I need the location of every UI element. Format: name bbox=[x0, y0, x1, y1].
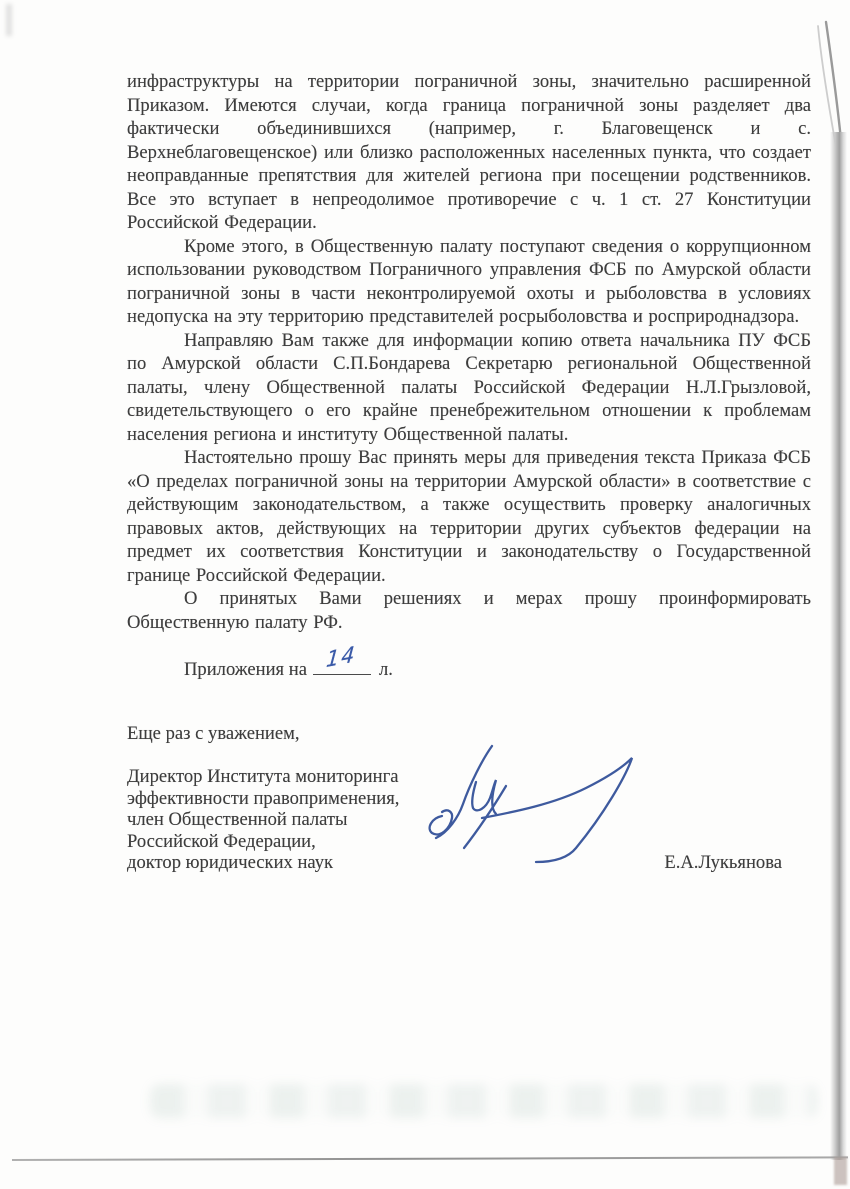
signer-name: Е.А.Лукьянова bbox=[664, 852, 782, 874]
page-bottom-edge bbox=[12, 1156, 848, 1161]
attachments-blank-underline: 14 bbox=[313, 654, 371, 675]
paragraph: Кроме этого, в Общественную палату посту… bbox=[127, 235, 811, 329]
signer-title-line: эффективности правоприменения, bbox=[127, 788, 457, 810]
closing-salutation: Еще раз с уважением, bbox=[127, 723, 300, 745]
signer-title-line: доктор юридических наук bbox=[127, 852, 457, 874]
scanned-page: инфраструктуры на территории пограничной… bbox=[0, 0, 850, 1189]
letter-body: инфраструктуры на территории пограничной… bbox=[127, 70, 811, 634]
signature-ink bbox=[418, 730, 778, 900]
paragraph-continuation: инфраструктуры на территории пограничной… bbox=[127, 70, 811, 235]
attachments-count-handwritten: 14 bbox=[325, 642, 357, 673]
scan-smudge bbox=[6, 4, 12, 36]
attachments-label: Приложения на bbox=[184, 659, 307, 680]
paragraph: О принятых Вами решениях и мерах прошу п… bbox=[127, 587, 811, 634]
paragraph: Настоятельно прошу Вас принять меры для … bbox=[127, 446, 811, 587]
ink-bleed-through bbox=[150, 1084, 818, 1118]
paragraph: Направляю Вам также для информации копию… bbox=[127, 329, 811, 447]
page-corner-shadow bbox=[834, 1157, 847, 1185]
page-right-edge-shadow bbox=[830, 132, 847, 1160]
signer-title-line: член Общественной палаты bbox=[127, 809, 457, 831]
attachments-line: Приложения на14л. bbox=[184, 654, 393, 681]
signer-title-block: Директор Института мониторинга эффективн… bbox=[127, 766, 457, 874]
signer-title-line: Директор Института мониторинга bbox=[127, 766, 457, 788]
attachments-suffix: л. bbox=[379, 659, 393, 680]
signer-title-line: Российской Федерации, bbox=[127, 831, 457, 853]
